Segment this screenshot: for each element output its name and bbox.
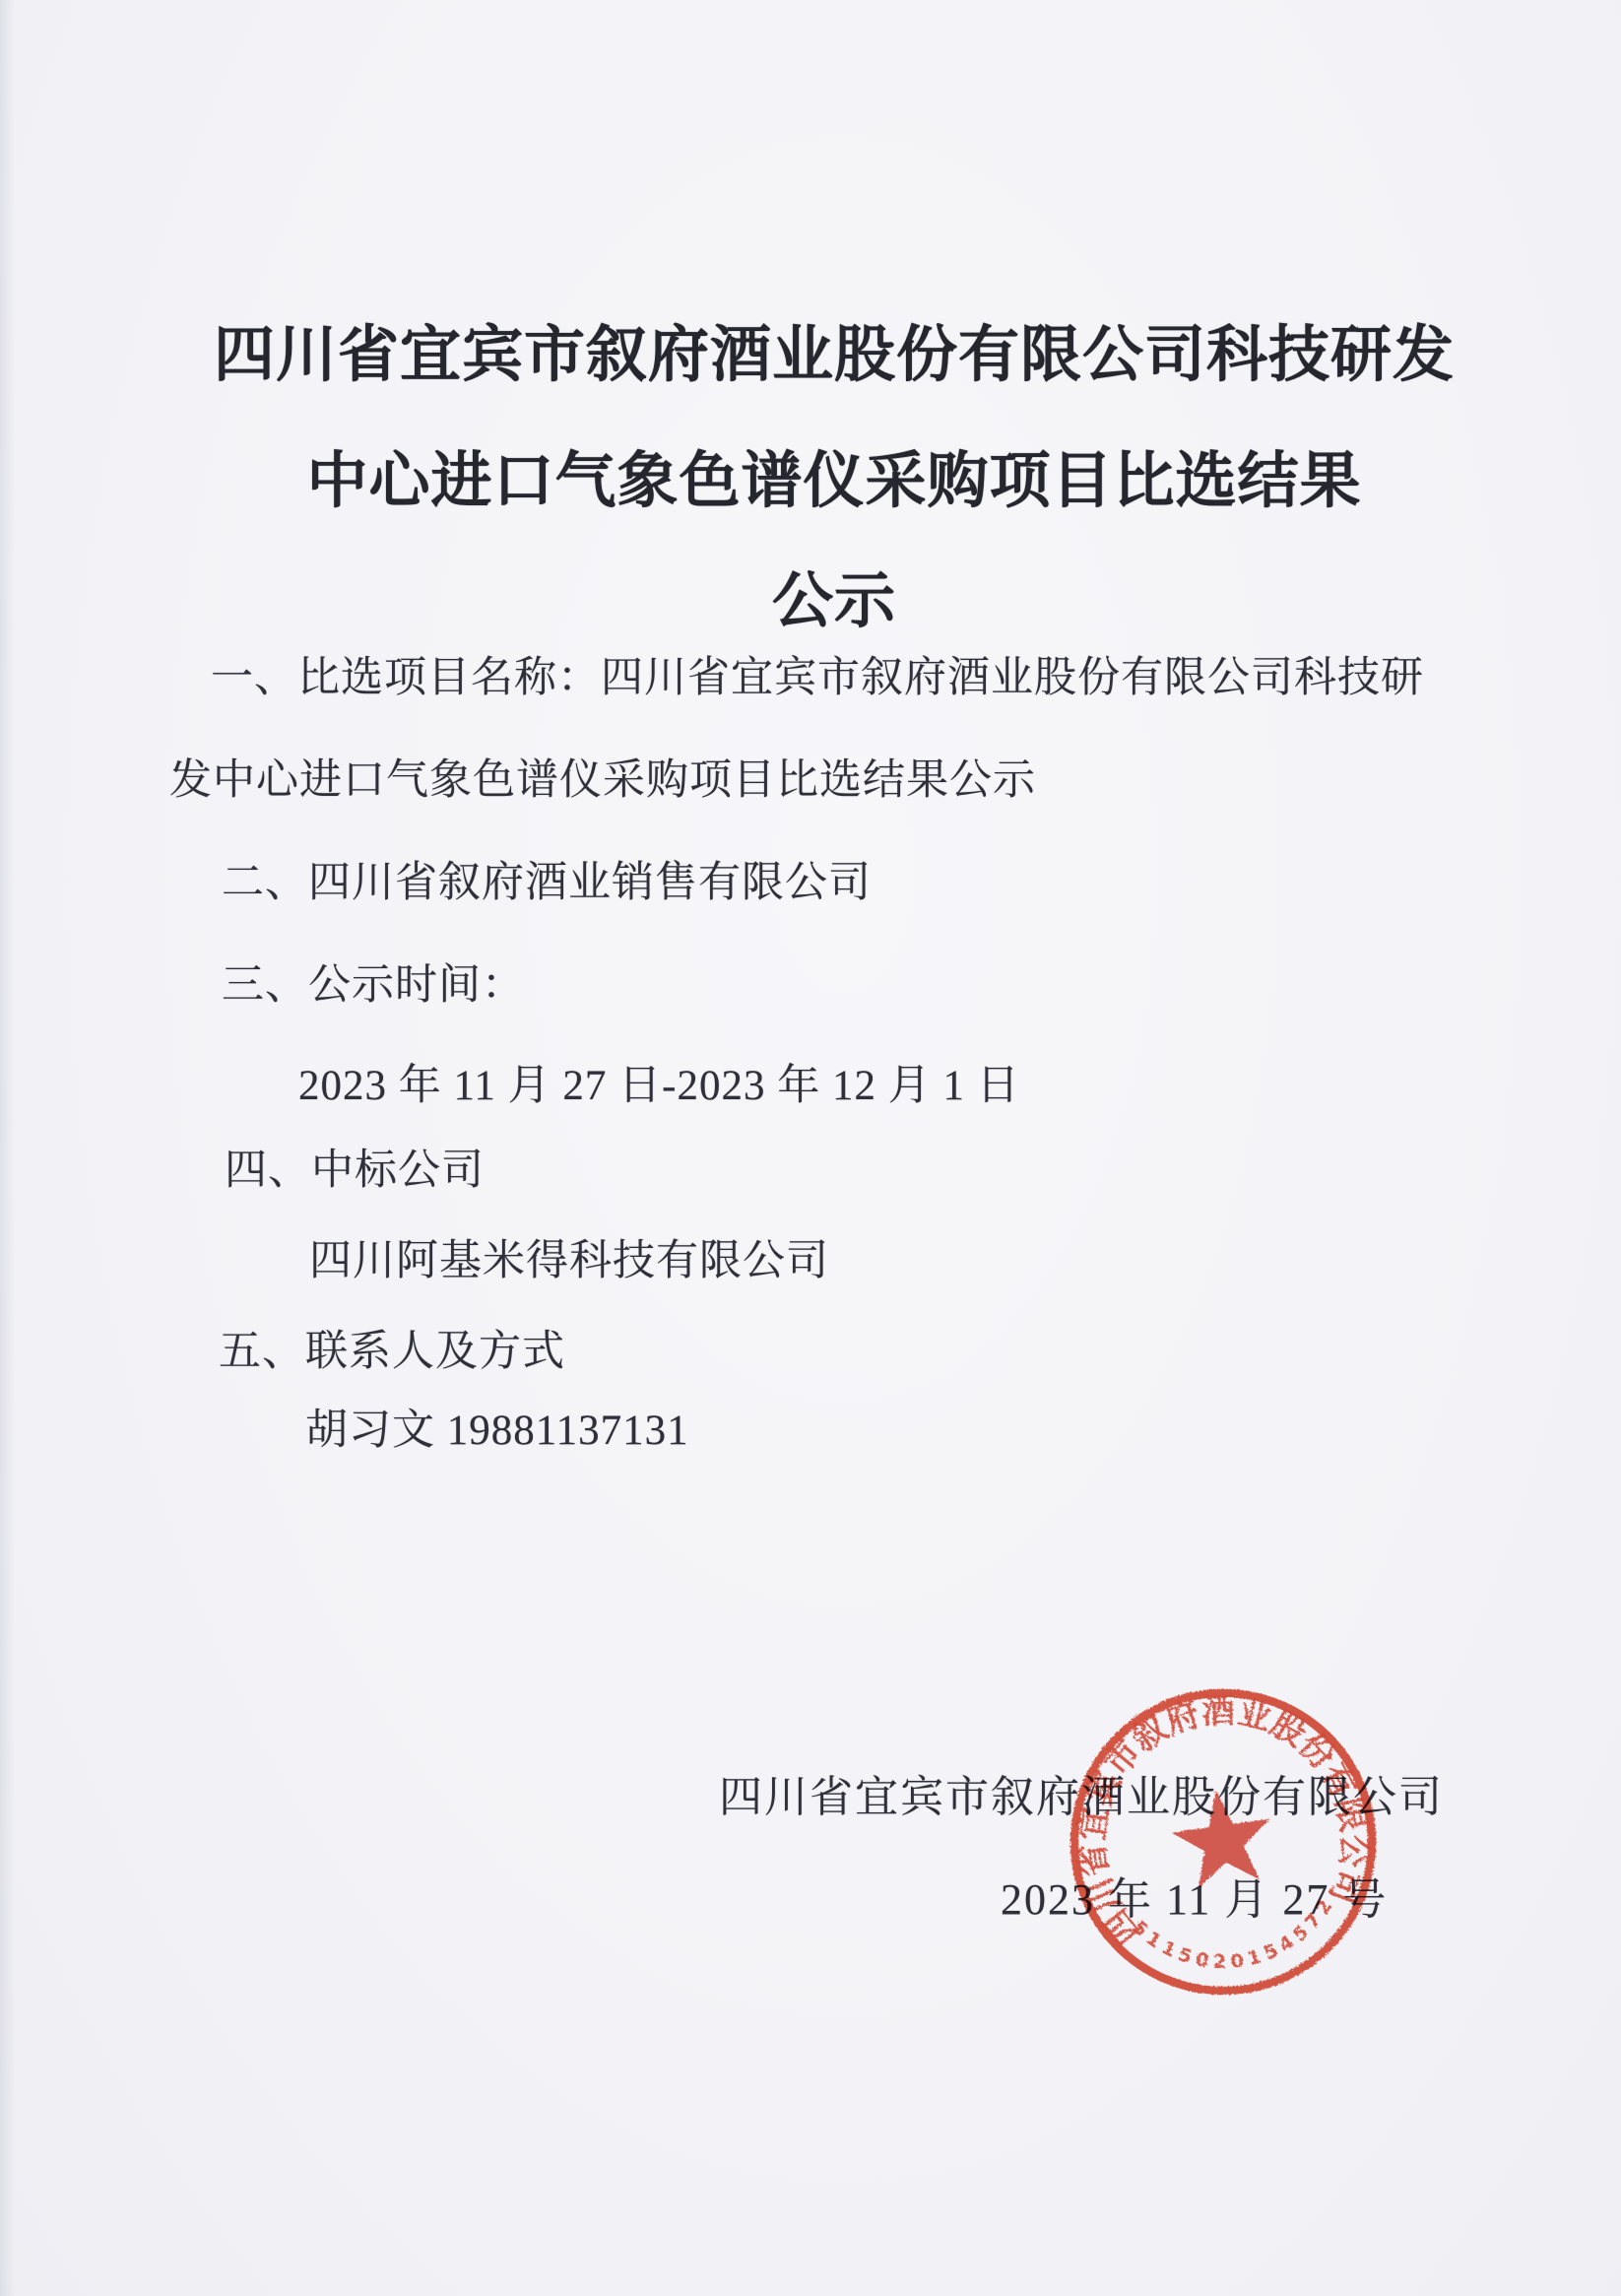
seal-star-icon (1167, 1784, 1278, 1891)
body-line-contact-info: 胡习文 19881137131 (305, 1407, 689, 1455)
document-page: 四川省宜宾市叙府酒业股份有限公司科技研发 中心进口气象色谱仪采购项目比选结果 公… (0, 0, 1621, 2296)
body-line-organizer: 二、四川省叙府酒业销售有限公司 (222, 859, 872, 907)
document-title-line-1: 四川省宜宾市叙府酒业股份有限公司科技研发 (24, 305, 1621, 393)
body-line-contact-label: 五、联系人及方式 (219, 1328, 565, 1376)
body-line-publicity-date-range: 2023 年 11 月 27 日-2023 年 12 月 1 日 (298, 1062, 1020, 1110)
body-line-project-name-2: 发中心进口气象色谱仪采购项目比选结果公示 (169, 756, 1036, 805)
body-line-publicity-time-label: 三、公示时间： (222, 961, 525, 1010)
document-title-line-3: 公示 (24, 552, 1621, 639)
body-line-project-name-1: 一、比选项目名称：四川省宜宾市叙府酒业股份有限公司科技研 (211, 654, 1424, 702)
body-line-winner-company: 四川阿基米得科技有限公司 (309, 1237, 829, 1285)
company-seal: 四川省宜宾市叙府酒业股份有限公司 5115020154572 (1034, 1653, 1412, 2031)
body-line-winner-label: 四、中标公司 (225, 1147, 485, 1195)
document-title-line-2: 中心进口气象色谱仪采购项目比选结果 (24, 431, 1621, 519)
